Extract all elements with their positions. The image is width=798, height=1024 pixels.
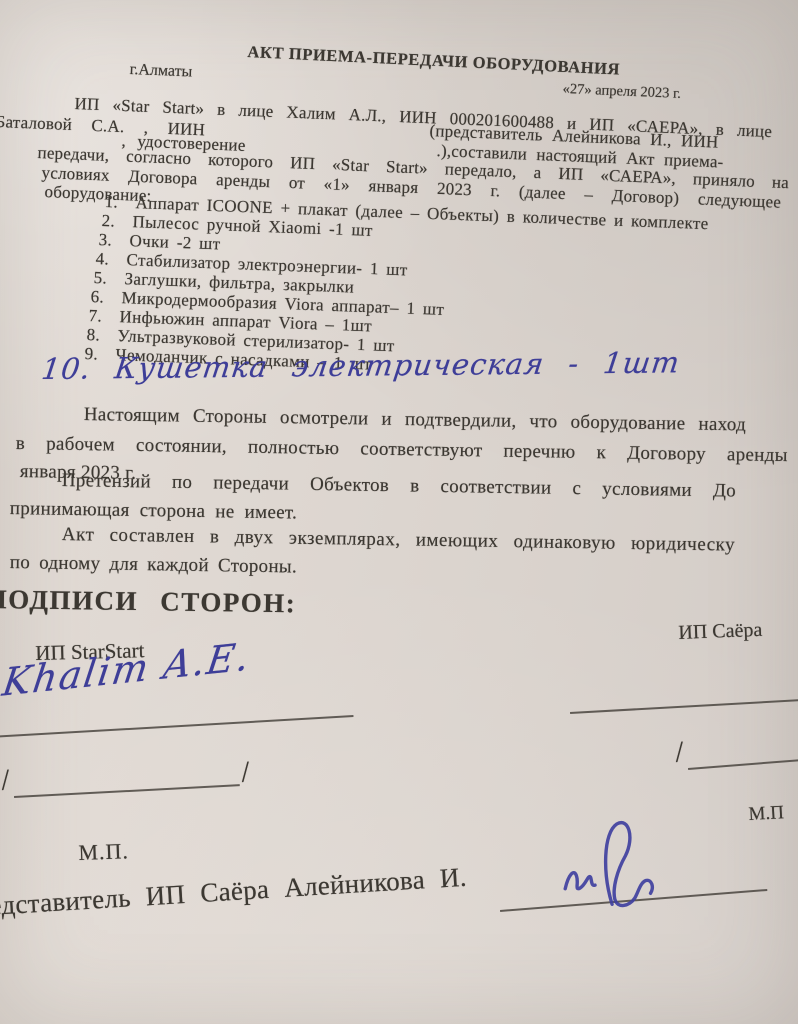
slash-mark: / xyxy=(0,763,11,797)
representative-label: Представитель ИП Саёра Алейникова И. xyxy=(0,862,468,924)
paragraph-claims-line-2: принимающая сторона не имеет. xyxy=(10,498,298,525)
item-number: 1. xyxy=(104,192,127,213)
item-text: Кушетка электрическая - 1шт xyxy=(113,345,682,385)
document-date: «27» апреля 2023 г. xyxy=(562,81,681,103)
stamp-place-right: М.П xyxy=(748,802,784,826)
paragraph-copies-line-1: Акт составлен в двух экземплярах, имеющи… xyxy=(62,524,736,557)
handwritten-equipment-item-10: 10.Кушетка электрическая - 1шт xyxy=(40,345,683,386)
item-number: 6. xyxy=(90,287,113,308)
item-number: 8. xyxy=(86,325,109,346)
item-number: 10. xyxy=(40,351,94,386)
stamp-place-left: М.П. xyxy=(78,838,129,866)
item-number: 5. xyxy=(93,268,116,289)
party-right-name: ИП Саёра xyxy=(678,619,763,645)
paragraph-claims-line-1: Претензий по передачи Объектов в соответ… xyxy=(62,470,737,503)
document-title: АКТ ПРИЕМА-ПЕРЕДАЧИ ОБОРУДОВАНИЯ xyxy=(247,42,620,80)
item-number: 7. xyxy=(88,306,111,327)
signature-line-right xyxy=(570,699,798,714)
paragraph-condition-line-1: Настоящим Стороны осмотрели и подтвердил… xyxy=(84,404,747,436)
slash-mark: / xyxy=(240,755,251,789)
item-number: 4. xyxy=(95,249,118,270)
representative-signature-scribble xyxy=(549,809,684,921)
signatures-heading: ПОДПИСИ СТОРОН: xyxy=(0,584,296,619)
document-city: г.Алматы xyxy=(129,61,192,82)
name-line-right xyxy=(688,759,798,770)
name-line-left xyxy=(14,784,240,798)
document-photo: АКТ ПРИЕМА-ПЕРЕДАЧИ ОБОРУДОВАНИЯ г.Алмат… xyxy=(0,0,798,1024)
slash-mark: / xyxy=(674,735,685,769)
item-number: 2. xyxy=(101,211,124,232)
signature-line-left xyxy=(0,715,354,738)
item-number: 3. xyxy=(98,230,121,251)
paragraph-copies-line-2: по одному для каждой Стороны. xyxy=(10,552,298,579)
